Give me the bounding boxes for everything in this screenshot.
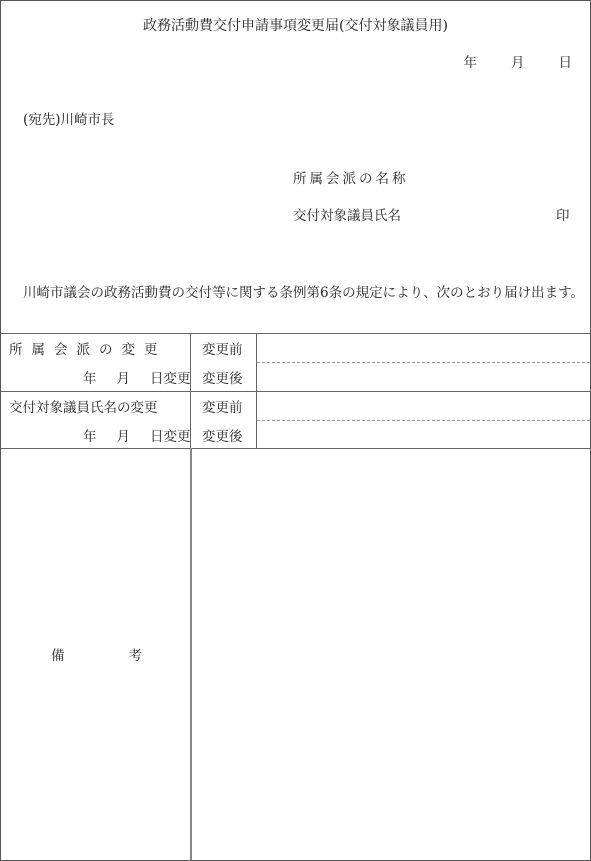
member-name-label: 交付対象議員氏名 <box>293 208 401 224</box>
faction-change-month: 月 <box>117 371 131 387</box>
date-year-label: 年 <box>464 55 478 71</box>
table-top-border <box>1 333 590 334</box>
document-title: 政務活動費交付申請事項変更届(交付対象議員用) <box>1 18 590 34</box>
row-divider <box>1 391 590 392</box>
faction-before-label: 変更前 <box>202 342 243 358</box>
remarks-label-1: 備 <box>51 648 65 664</box>
faction-change-day: 日変更 <box>150 371 191 387</box>
faction-after-field[interactable] <box>263 371 583 387</box>
remarks-label: 備考 <box>51 648 142 664</box>
faction-change-label: 所属会派の変更 <box>9 342 167 358</box>
remarks-field[interactable] <box>199 457 583 852</box>
date-month-label: 月 <box>511 55 525 71</box>
row1-dashed-divider <box>257 362 590 363</box>
remarks-column-divider <box>190 448 192 860</box>
member-after-field[interactable] <box>263 429 583 445</box>
body-paragraph: 川崎市議会の政務活動費の交付等に関する条例第6条の規定により、次のとおり届け出ま… <box>10 284 588 302</box>
table-mid-border <box>1 448 590 449</box>
member-change-month: 月 <box>117 429 131 445</box>
faction-after-label: 変更後 <box>202 371 243 387</box>
faction-change-date: 年月日変更 <box>83 371 191 387</box>
column-divider-2 <box>256 333 257 449</box>
member-change-label: 交付対象議員氏名の変更 <box>9 400 158 416</box>
member-change-date: 年月日変更 <box>83 429 191 445</box>
member-before-field[interactable] <box>263 400 583 416</box>
member-after-label: 変更後 <box>202 429 243 445</box>
faction-name-label: 所属会派の名称 <box>293 171 409 187</box>
faction-before-field[interactable] <box>263 342 583 358</box>
faction-change-year: 年 <box>83 371 97 387</box>
form-page: 政務活動費交付申請事項変更届(交付対象議員用) 年月日 (宛先)川崎市長 所属会… <box>0 0 591 861</box>
date-day-label: 日 <box>559 55 573 71</box>
member-change-day: 日変更 <box>150 429 191 445</box>
member-change-year: 年 <box>83 429 97 445</box>
remarks-label-2: 考 <box>129 648 143 664</box>
seal-mark: 印 <box>556 208 570 224</box>
member-before-label: 変更前 <box>202 400 243 416</box>
addressee: (宛先)川崎市長 <box>23 112 115 128</box>
date-line: 年月日 <box>464 55 573 71</box>
row2-dashed-divider <box>257 420 590 421</box>
